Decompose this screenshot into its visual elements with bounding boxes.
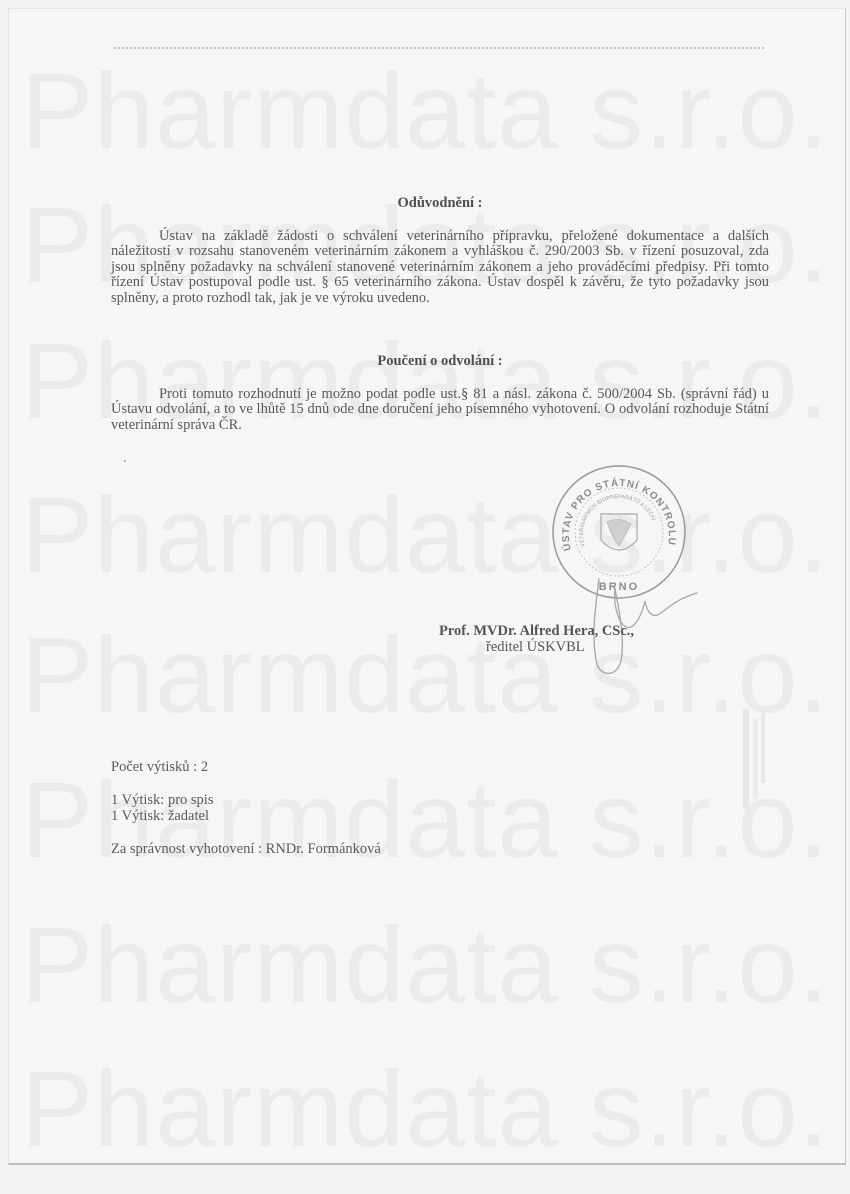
trailing-mark: . (123, 451, 127, 467)
watermark-layer: Pharmdata s.r.o. Pharmdata s.r.o. Pharmd… (9, 9, 845, 1163)
copy-line: 1 Výtisk: pro spis (111, 792, 381, 808)
document-page: Pharmdata s.r.o. Pharmdata s.r.o. Pharmd… (8, 8, 846, 1165)
appeal-section: Poučení o odvolání : Proti tomuto rozhod… (111, 354, 769, 433)
appeal-title: Poučení o odvolání : (111, 354, 769, 370)
appeal-text: Proti tomuto rozhodnutí je možno podat p… (111, 387, 769, 434)
cut-off-text-line (114, 47, 764, 53)
scanner-margin-marks (733, 699, 773, 819)
justification-title: Odůvodnění : (111, 196, 769, 212)
signatory-role: ředitel ÚSKVBL (439, 639, 679, 655)
copy-line: 1 Výtisk: žadatel (111, 808, 381, 824)
watermark-text: Pharmdata s.r.o. (21, 1055, 829, 1163)
signatory-name: Prof. MVDr. Alfred Hera, CSc., (439, 623, 679, 639)
copies-count: Počet výtisků : 2 (111, 759, 381, 775)
justification-section: Odůvodnění : Ústav na základě žádosti o … (111, 196, 769, 306)
prepared-by: Za správnost vyhotovení : RNDr. Formánko… (111, 841, 381, 857)
justification-text: Ústav na základě žádosti o schválení vet… (111, 229, 769, 307)
footer-block: Počet výtisků : 2 1 Výtisk: pro spis 1 V… (111, 759, 381, 857)
watermark-text: Pharmdata s.r.o. (21, 57, 829, 165)
watermark-text: Pharmdata s.r.o. (21, 911, 829, 1019)
signatory-block: Prof. MVDr. Alfred Hera, CSc., ředitel Ú… (439, 623, 679, 655)
